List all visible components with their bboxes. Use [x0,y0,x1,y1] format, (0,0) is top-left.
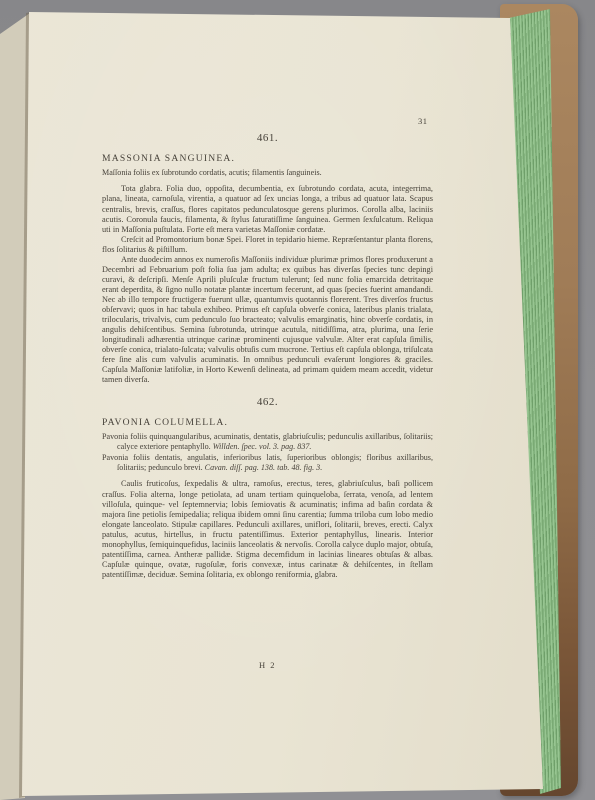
diagnosis-text: Maſſonia foliis ex ſubrotundo cordatis, … [102,168,322,177]
book-photo: 31 461. MASSONIA SANGUINEA. Maſſonia fol… [0,0,595,800]
signature-mark: H 2 [102,660,433,670]
page-number: 31 [418,116,428,126]
species-diagnosis: Maſſonia foliis ex ſubrotundo cordatis, … [102,168,433,178]
species-diagnosis: Pavonia foliis quinquangularibus, acumin… [102,432,433,452]
entry-number: 462. [102,396,433,408]
entry-461: 461. MASSONIA SANGUINEA. Maſſonia foliis… [102,132,433,385]
literature-citation: Cavan. diſſ. pag. 138. tab. 48. fig. 3. [205,463,323,472]
page-text-column: 461. MASSONIA SANGUINEA. Maſſonia foliis… [102,132,433,580]
species-heading: PAVONIA COLUMELLA. [102,417,433,428]
observation-paragraph: Ante duodecim annos ex numeroſis Maſſoni… [102,255,433,386]
literature-citation: Willden. ſpec. vol. 3. pag. 837. [213,442,312,451]
entry-462: 462. PAVONIA COLUMELLA. Pavonia foliis q… [102,396,433,580]
entry-number: 461. [102,132,433,144]
species-diagnosis: Pavonia foliis dentatis, angulatis, infe… [102,453,433,473]
habitat-paragraph: Creſcit ad Promontorium bonæ Spei. Flore… [102,235,433,255]
description-paragraph: Tota glabra. Folia duo, oppoſita, decumb… [102,184,433,234]
description-paragraph: Caulis fruticoſus, ſexpedalis & ultra, r… [102,479,433,579]
species-heading: MASSONIA SANGUINEA. [102,153,433,164]
